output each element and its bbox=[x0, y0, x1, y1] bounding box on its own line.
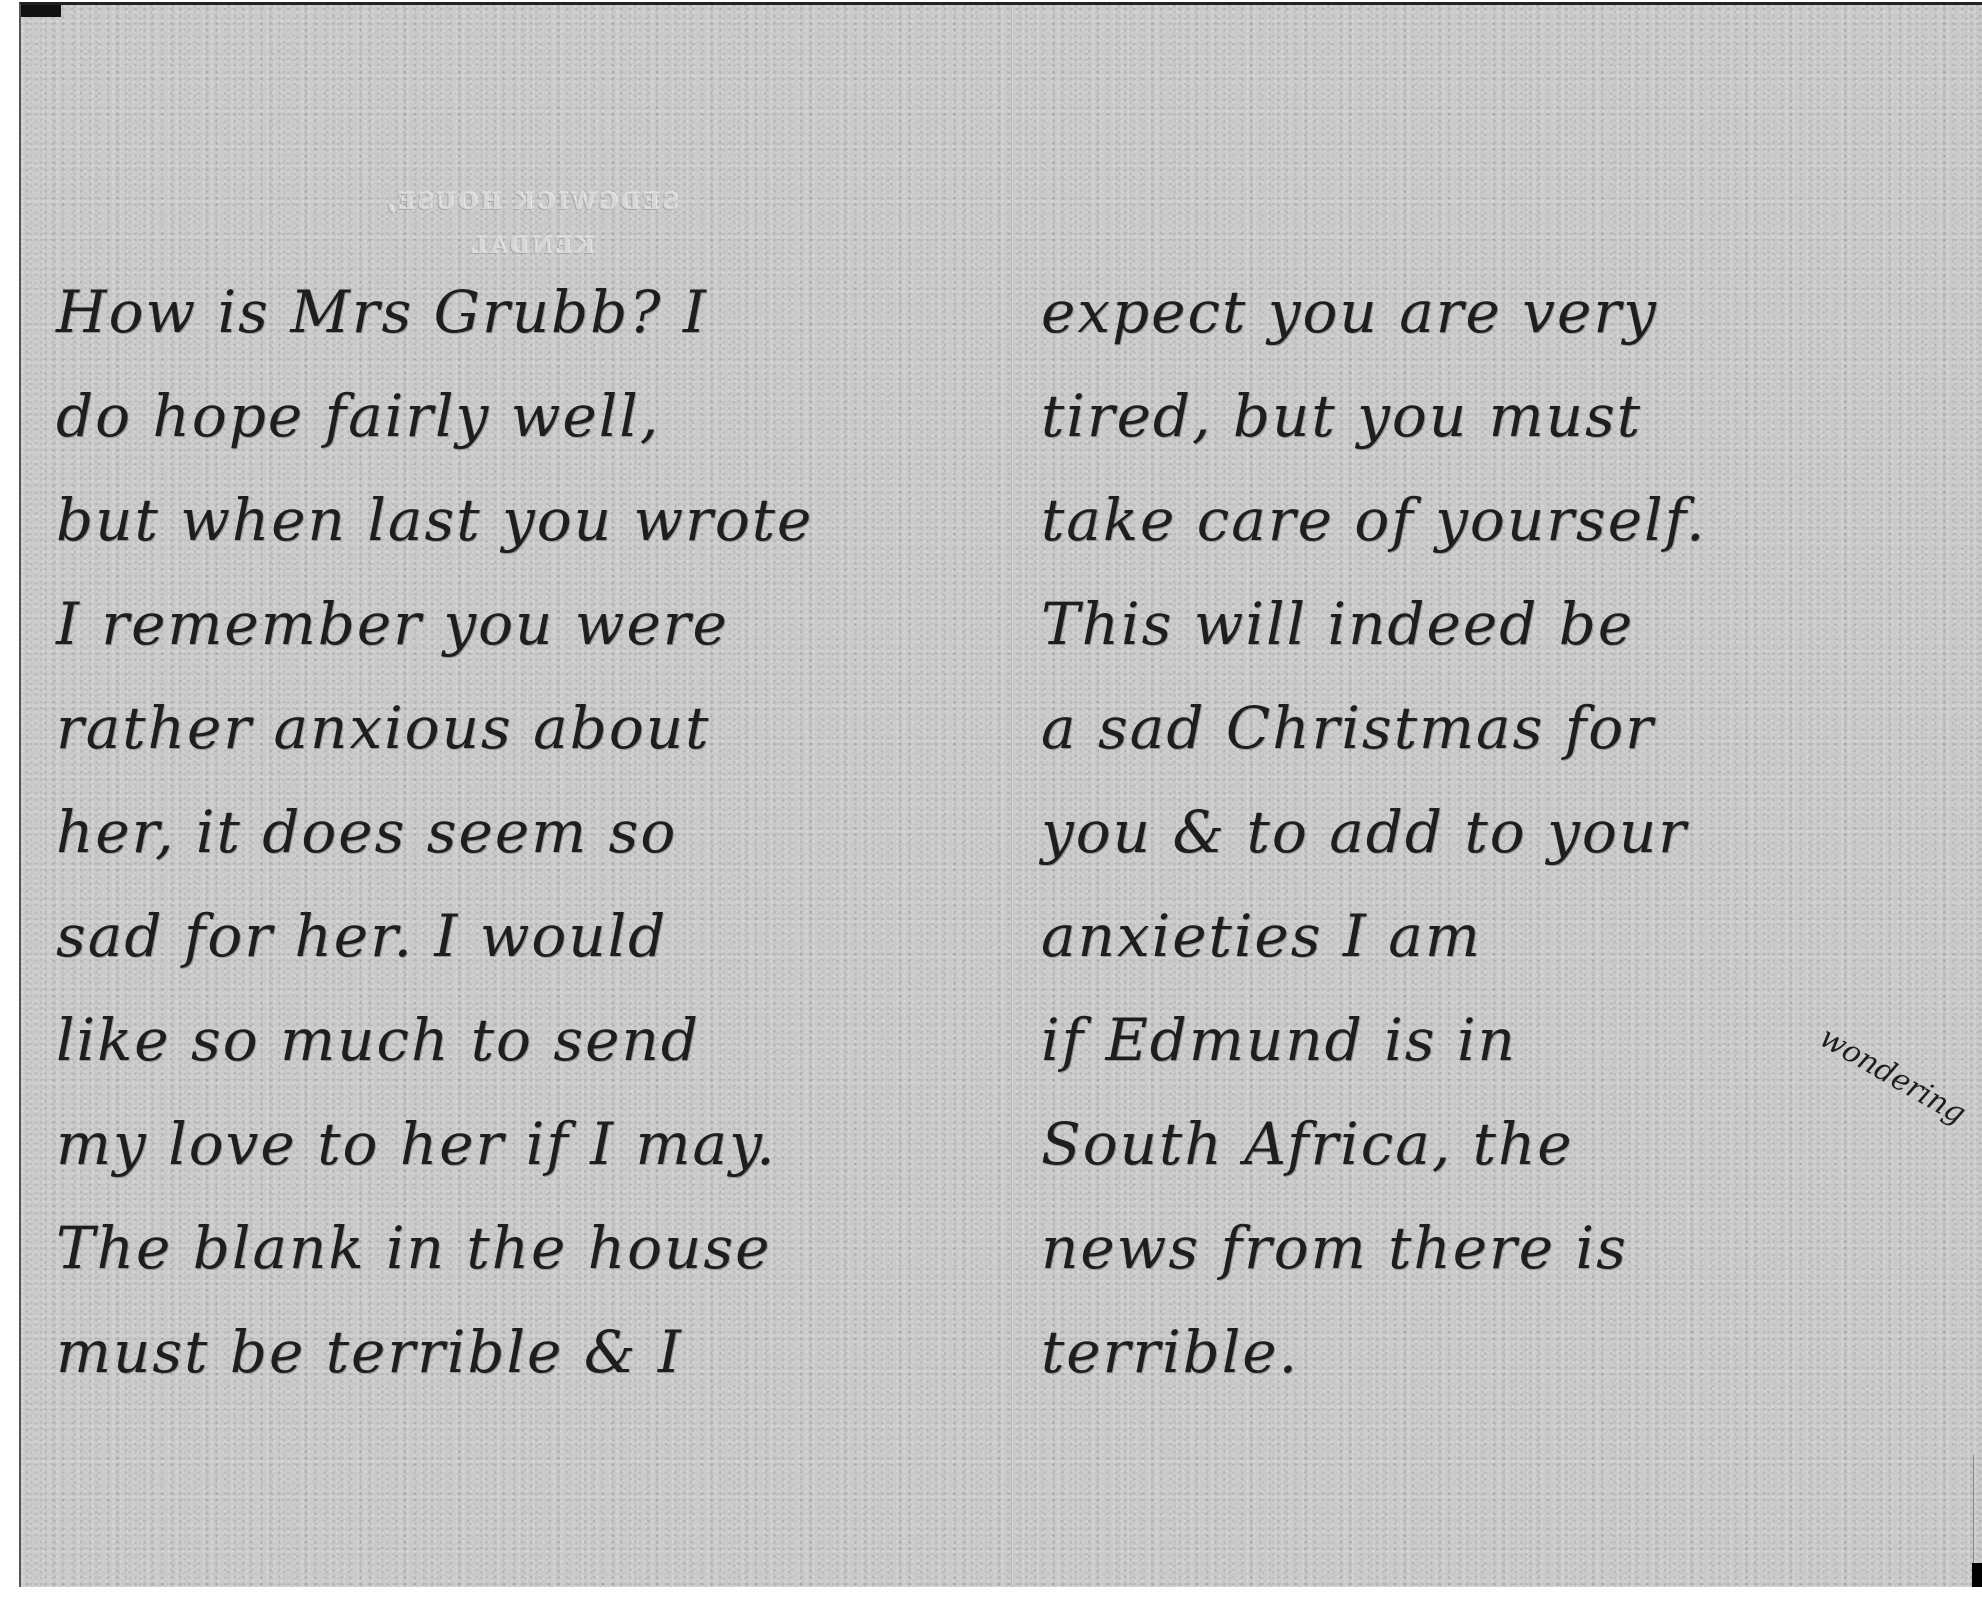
left-line-9: my love to her if I may. bbox=[56, 1092, 1006, 1196]
letter-scan: SEDGWICK HOUSE, KENDAL How is Mrs Grubb?… bbox=[0, 0, 1982, 1603]
right-line-2: tired, but you must bbox=[1041, 364, 1982, 468]
left-page: How is Mrs Grubb? I do hope fairly well,… bbox=[56, 260, 1006, 1404]
left-line-7: sad for her. I would bbox=[56, 884, 1006, 988]
embossed-letterhead: SEDGWICK HOUSE, KENDAL bbox=[321, 189, 741, 259]
left-line-1: How is Mrs Grubb? I bbox=[56, 260, 1006, 364]
right-line-4: This will indeed be bbox=[1041, 572, 1982, 676]
left-line-4: I remember you were bbox=[56, 572, 1006, 676]
left-line-3: but when last you wrote bbox=[56, 468, 1006, 572]
right-line-3: take care of yourself. bbox=[1041, 468, 1982, 572]
left-line-2: do hope fairly well, bbox=[56, 364, 1006, 468]
letter-paper: SEDGWICK HOUSE, KENDAL How is Mrs Grubb?… bbox=[19, 2, 1982, 1587]
left-line-6: her, it does seem so bbox=[56, 780, 1006, 884]
left-line-10: The blank in the house bbox=[56, 1196, 1006, 1300]
left-line-5: rather anxious about bbox=[56, 676, 1006, 780]
scan-bottom-corner-shadow bbox=[1972, 1563, 1982, 1587]
right-line-9: South Africa, the bbox=[1041, 1092, 1982, 1196]
right-line-11: terrible. bbox=[1041, 1300, 1982, 1404]
right-line-5: a sad Christmas for bbox=[1041, 676, 1982, 780]
paper-edge-mark bbox=[1973, 1455, 1974, 1575]
right-line-1: expect you are very bbox=[1041, 260, 1982, 364]
right-page: expect you are very tired, but you must … bbox=[1041, 260, 1982, 1404]
scan-corner-shadow bbox=[21, 5, 61, 17]
letterhead-line-2: KENDAL bbox=[321, 233, 741, 259]
left-line-8: like so much to send bbox=[56, 988, 1006, 1092]
right-line-7: anxieties I am bbox=[1041, 884, 1982, 988]
left-line-11: must be terrible & I bbox=[56, 1300, 1006, 1404]
letterhead-line-1: SEDGWICK HOUSE, bbox=[321, 189, 741, 215]
right-line-10: news from there is bbox=[1041, 1196, 1982, 1300]
right-line-6: you & to add to your bbox=[1041, 780, 1982, 884]
center-fold-crease bbox=[1011, 5, 1014, 1587]
